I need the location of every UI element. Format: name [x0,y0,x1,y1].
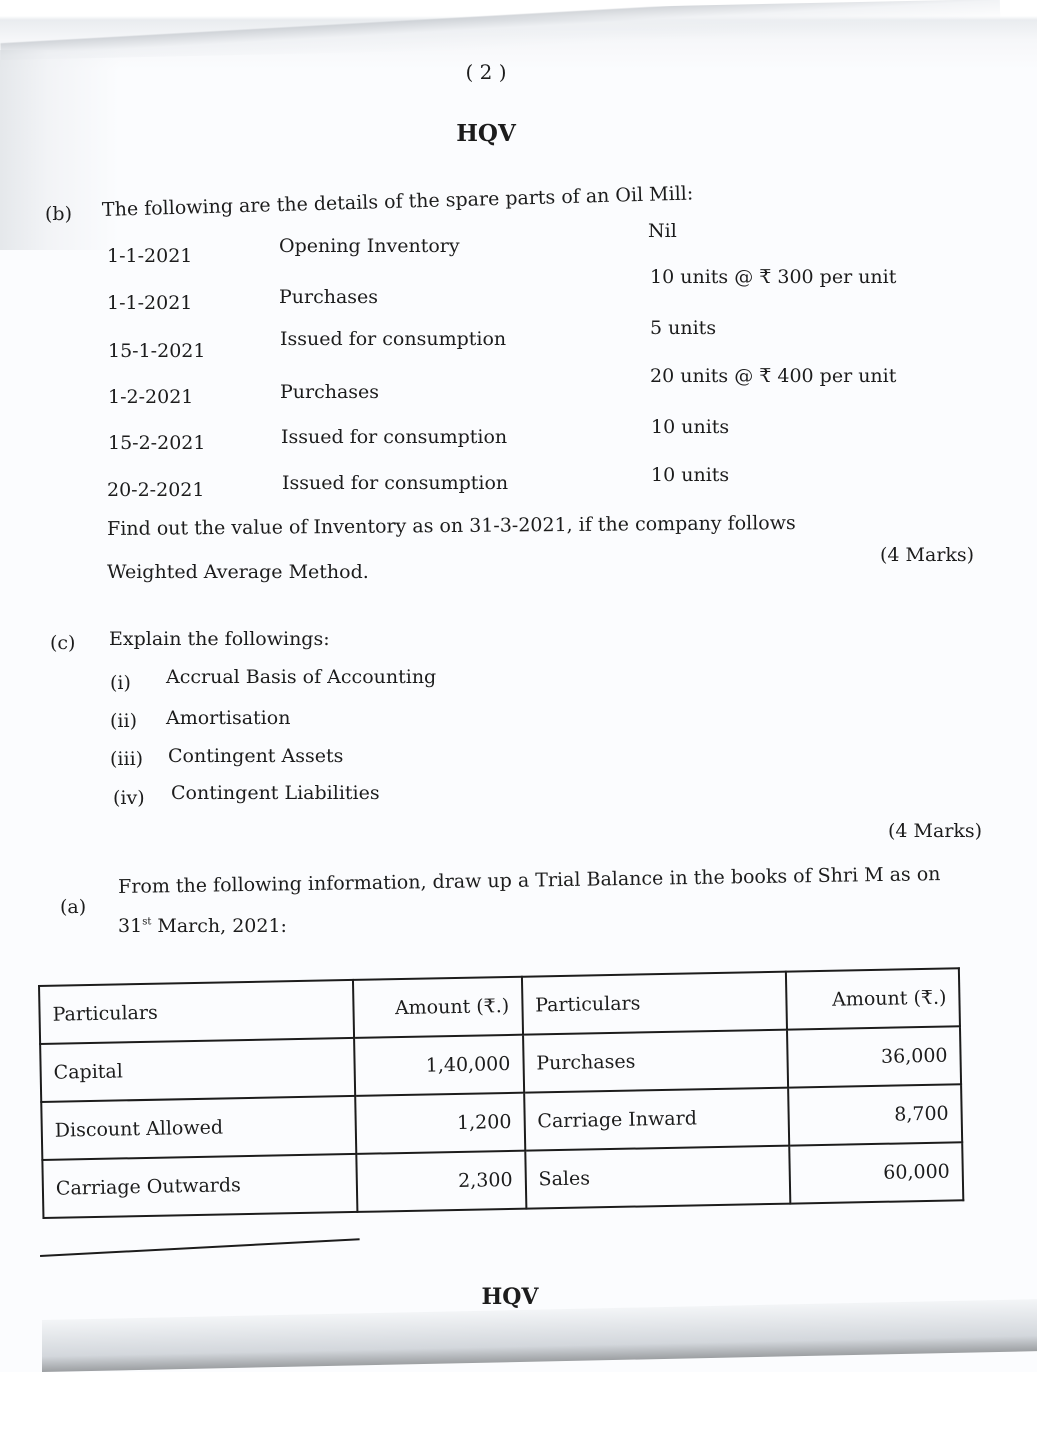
question-c-label: (c) [50,632,75,654]
inventory-date: 1-1-2021 [107,292,192,314]
table-cell: 2,300 [356,1151,526,1212]
inventory-date: 20-2-2021 [107,479,204,501]
column-header: Amount (₹.) [786,968,960,1029]
question-b-marks: (4 Marks) [880,544,974,566]
table-cell: Carriage Inward [524,1088,789,1151]
scan-bottom-margin [0,1372,1037,1435]
date-day: 31 [118,915,142,937]
table-cell: Carriage Outwards [42,1154,357,1218]
question-c-intro: Explain the followings: [109,628,330,650]
page-number: ( 2 ) [0,60,972,84]
inventory-detail: 10 units @ ₹ 300 per unit [650,266,896,288]
inventory-detail: 20 units @ ₹ 400 per unit [650,365,896,387]
inventory-date: 15-1-2021 [108,340,205,362]
inventory-particular: Issued for consumption [280,328,506,350]
inventory-particular: Issued for consumption [282,472,508,494]
question-c-marks: (4 Marks) [888,820,982,842]
table-cell: Capital [40,1038,355,1102]
inventory-particular: Purchases [280,381,379,403]
list-item-number: (iv) [113,787,145,809]
table-cell: 36,000 [787,1026,961,1087]
date-ordinal: st [142,917,151,928]
question-b-intro: The following are the details of the spa… [102,182,694,221]
question-b-instruction-line2: Weighted Average Method. [107,561,369,583]
inventory-particular: Opening Inventory [279,235,460,257]
inventory-date: 1-2-2021 [108,386,193,408]
inventory-date: 1-1-2021 [107,245,192,267]
inventory-particular: Issued for consumption [281,426,507,448]
question-a-intro-line2: 31st March, 2021: [118,915,287,937]
inventory-date: 15-2-2021 [108,432,205,454]
table-cell: 8,700 [788,1084,962,1145]
inventory-detail: 10 units [651,464,729,486]
list-item: Contingent Assets [168,745,343,767]
table-cell: Discount Allowed [41,1096,356,1160]
inventory-detail: 5 units [650,317,716,339]
paper-code-header: HQV [0,120,972,147]
scan-bottom-shadow [42,1299,1037,1372]
question-a-intro-line1: From the following information, draw up … [118,863,941,898]
inventory-particular: Purchases [279,286,378,308]
table-cell: Purchases [523,1030,788,1093]
question-b-instruction-line1: Find out the value of Inventory as on 31… [107,510,1002,540]
table-cell: 60,000 [789,1142,963,1203]
table-cell: 1,200 [355,1093,525,1154]
inventory-detail: 10 units [651,416,729,438]
table-bottom-rule [40,1238,360,1257]
list-item: Accrual Basis of Accounting [166,666,436,688]
list-item: Amortisation [166,707,290,729]
table-cell: 1,40,000 [354,1035,524,1096]
date-rest: March, 2021: [151,915,287,937]
list-item-number: (ii) [110,710,137,732]
list-item: Contingent Liabilities [171,782,380,804]
list-item-number: (iii) [110,748,143,770]
column-header: Particulars [39,980,354,1044]
table-cell: Sales [525,1146,790,1209]
trial-balance-table: Particulars Amount (₹.) Particulars Amou… [38,967,964,1219]
question-a-label: (a) [60,896,86,918]
inventory-detail: Nil [648,220,677,242]
list-item-number: (i) [110,672,131,694]
question-b-label: (b) [45,203,72,225]
column-header: Amount (₹.) [352,977,522,1038]
column-header: Particulars [522,972,787,1035]
